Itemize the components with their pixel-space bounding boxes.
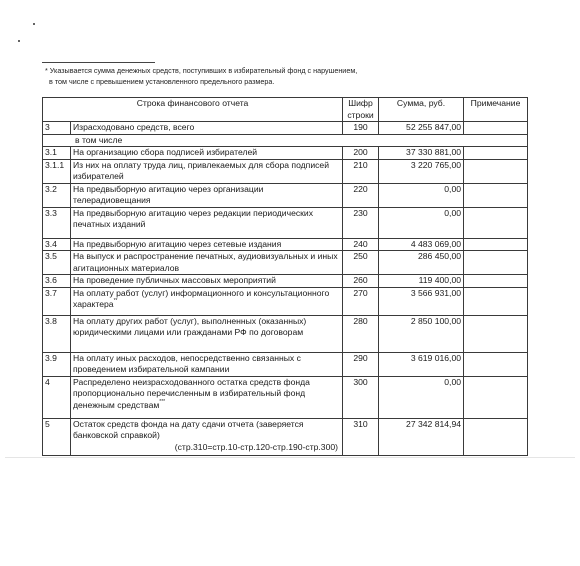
- row-description: На оплату иных расходов, непосредственно…: [71, 352, 343, 376]
- row-sum: 27 342 814,94: [379, 418, 464, 455]
- table-row: 5Остаток средств фонда на дату сдачи отч…: [43, 418, 528, 455]
- table-row: 3.5На выпуск и распространение печатных,…: [43, 251, 528, 275]
- row-note: [464, 159, 528, 183]
- row-number: 3.6: [43, 275, 71, 288]
- row-code: 210: [343, 159, 379, 183]
- row-sum: 119 400,00: [379, 275, 464, 288]
- table-row: 3.6На проведение публичных массовых меро…: [43, 275, 528, 288]
- row-description-text: На предвыборную агитацию через организац…: [73, 184, 263, 206]
- row-sum: 52 255 847,00: [379, 122, 464, 135]
- row-sum: 0,00: [379, 207, 464, 238]
- row-description: Распределено неизрасходованного остатка …: [71, 376, 343, 418]
- row-sum: 3 619 016,00: [379, 352, 464, 376]
- table-row: 3Израсходовано средств, всего19052 255 8…: [43, 122, 528, 135]
- row-number: 3.3: [43, 207, 71, 238]
- row-description-text: Распределено неизрасходованного остатка …: [73, 377, 310, 410]
- row-code: 220: [343, 183, 379, 207]
- row-note: [464, 207, 528, 238]
- row-number: 3.8: [43, 315, 71, 352]
- row-formula: (стр.310=стр.10-стр.120-стр.190-стр.300): [73, 442, 340, 454]
- row-sum: 0,00: [379, 376, 464, 418]
- row-code: 290: [343, 352, 379, 376]
- table-row: 3.1На организацию сбора подписей избират…: [43, 147, 528, 160]
- row-number: 3.9: [43, 352, 71, 376]
- row-description: На организацию сбора подписей избирателе…: [71, 147, 343, 160]
- row-description-text: Из них на оплату труда лиц, привлекаемых…: [73, 160, 329, 182]
- row-description-text: На оплату других работ (услуг), выполнен…: [73, 316, 306, 338]
- row-number: 5: [43, 418, 71, 455]
- row-note: [464, 418, 528, 455]
- row-sum: 286 450,00: [379, 251, 464, 275]
- header-note: Примечание: [464, 98, 528, 122]
- table-row: 3.2На предвыборную агитацию через органи…: [43, 183, 528, 207]
- row-number: 3.2: [43, 183, 71, 207]
- header-report-line: Строка финансового отчета: [43, 98, 343, 122]
- row-note: [464, 251, 528, 275]
- row-sum: 4 483 069,00: [379, 238, 464, 251]
- row-description: На оплату работ (услуг) информационного …: [71, 287, 343, 315]
- header-line-code: Шифр строки: [343, 98, 379, 122]
- footnote: * Указывается сумма денежных средств, по…: [45, 65, 357, 87]
- table-row: 4Распределено неизрасходованного остатка…: [43, 376, 528, 418]
- row-description-text: На выпуск и распространение печатных, ау…: [73, 251, 338, 273]
- footnote-line-1: * Указывается сумма денежных средств, по…: [45, 65, 357, 76]
- row-code: 260: [343, 275, 379, 288]
- row-code: 280: [343, 315, 379, 352]
- row-description-text: На оплату работ (услуг) информационного …: [73, 288, 329, 310]
- row-description-text: На предвыборную агитацию через редакции …: [73, 208, 313, 230]
- table-row: 3.7На оплату работ (услуг) информационно…: [43, 287, 528, 315]
- table-row: 3.4На предвыборную агитацию через сетевы…: [43, 238, 528, 251]
- row-number: 3.1.1: [43, 159, 71, 183]
- row-description: На проведение публичных массовых меропри…: [71, 275, 343, 288]
- footnote-line-2: в том числе с превышением установленного…: [45, 76, 357, 87]
- row-sum: 0,00: [379, 183, 464, 207]
- row-number: 3.5: [43, 251, 71, 275]
- financial-report-table: Строка финансового отчета Шифр строки Су…: [42, 97, 528, 456]
- row-code: 250: [343, 251, 379, 275]
- row-note: [464, 122, 528, 135]
- table-header-row: Строка финансового отчета Шифр строки Су…: [43, 98, 528, 122]
- row-note: [464, 287, 528, 315]
- row-subheading: в том числе: [43, 134, 528, 147]
- footnote-marker: ***: [159, 399, 165, 405]
- scan-speck: [33, 23, 35, 25]
- row-sum: 2 850 100,00: [379, 315, 464, 352]
- row-code: 200: [343, 147, 379, 160]
- row-description-text: На проведение публичных массовых меропри…: [73, 275, 276, 285]
- table-row: 3.3На предвыборную агитацию через редакц…: [43, 207, 528, 238]
- row-code: 300: [343, 376, 379, 418]
- table-row: 3.8На оплату других работ (услуг), выпол…: [43, 315, 528, 352]
- row-description: На выпуск и распространение печатных, ау…: [71, 251, 343, 275]
- row-description-text: Израсходовано средств, всего: [73, 122, 194, 132]
- table-row: 3.9На оплату иных расходов, непосредстве…: [43, 352, 528, 376]
- row-number: 3.7: [43, 287, 71, 315]
- row-note: [464, 376, 528, 418]
- row-number: 4: [43, 376, 71, 418]
- row-description: На оплату других работ (услуг), выполнен…: [71, 315, 343, 352]
- row-code: 270: [343, 287, 379, 315]
- scan-speck: [18, 40, 20, 42]
- row-sum: 3 566 931,00: [379, 287, 464, 315]
- row-description: На предвыборную агитацию через организац…: [71, 183, 343, 207]
- table-body: 3Израсходовано средств, всего19052 255 8…: [43, 122, 528, 456]
- row-code: 190: [343, 122, 379, 135]
- row-number: 3.1: [43, 147, 71, 160]
- row-code: 240: [343, 238, 379, 251]
- row-description-text: На оплату иных расходов, непосредственно…: [73, 353, 301, 375]
- table-row: в том числе: [43, 134, 528, 147]
- row-description-text: На организацию сбора подписей избирателе…: [73, 147, 257, 157]
- row-note: [464, 315, 528, 352]
- row-number: 3: [43, 122, 71, 135]
- row-note: [464, 352, 528, 376]
- row-code: 230: [343, 207, 379, 238]
- row-code: 310: [343, 418, 379, 455]
- row-description: Остаток средств фонда на дату сдачи отче…: [71, 418, 343, 455]
- row-description-text: На предвыборную агитацию через сетевые и…: [73, 239, 281, 249]
- header-sum: Сумма, руб.: [379, 98, 464, 122]
- row-note: [464, 238, 528, 251]
- scan-edge-line: [5, 457, 575, 458]
- row-note: [464, 183, 528, 207]
- footnote-rule: [42, 62, 155, 63]
- row-note: [464, 147, 528, 160]
- row-sum: 37 330 881,00: [379, 147, 464, 160]
- row-description: На предвыборную агитацию через редакции …: [71, 207, 343, 238]
- row-description: Израсходовано средств, всего: [71, 122, 343, 135]
- row-description-text: Остаток средств фонда на дату сдачи отче…: [73, 419, 304, 441]
- footnote-marker: **: [114, 298, 118, 304]
- row-description: Из них на оплату труда лиц, привлекаемых…: [71, 159, 343, 183]
- row-number: 3.4: [43, 238, 71, 251]
- table-row: 3.1.1Из них на оплату труда лиц, привлек…: [43, 159, 528, 183]
- row-note: [464, 275, 528, 288]
- row-description: На предвыборную агитацию через сетевые и…: [71, 238, 343, 251]
- row-sum: 3 220 765,00: [379, 159, 464, 183]
